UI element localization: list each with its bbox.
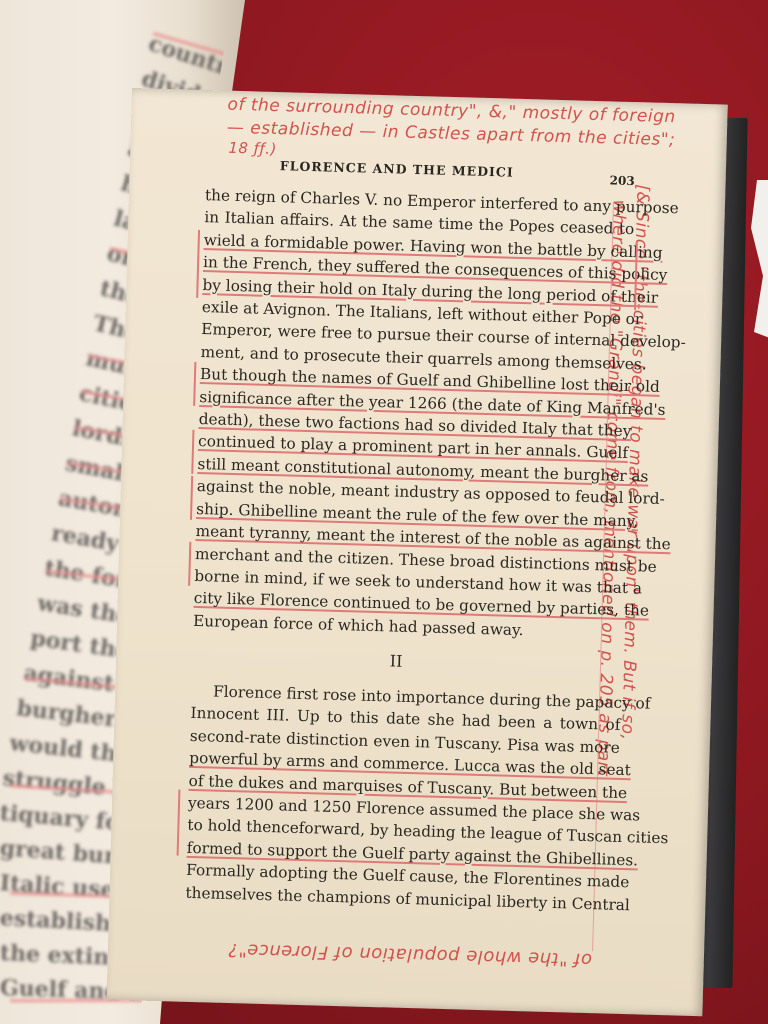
body-text-section-2: Florence first rose into importance duri… <box>185 680 621 916</box>
annotation-top-line-3: 18 ƒƒ.) <box>228 139 277 158</box>
highlight-bracket <box>191 430 194 474</box>
running-head: FLORENCE AND THE MEDICI <box>280 158 514 180</box>
right-page: of the surrounding country", &," mostly … <box>107 88 728 1016</box>
highlight-bracket <box>190 476 193 520</box>
highlight-bracket <box>193 362 196 406</box>
body-text: the reign of Charles V. no Emperor inter… <box>193 184 635 644</box>
highlight-bracket <box>196 230 200 298</box>
highlight-bracket <box>188 542 191 586</box>
section-number: II <box>116 644 676 679</box>
highlight-bracket <box>177 790 181 856</box>
annotation-bottom-inverted: of "the whole population of Florence"? <box>228 939 593 970</box>
page-number: 203 <box>609 173 634 188</box>
